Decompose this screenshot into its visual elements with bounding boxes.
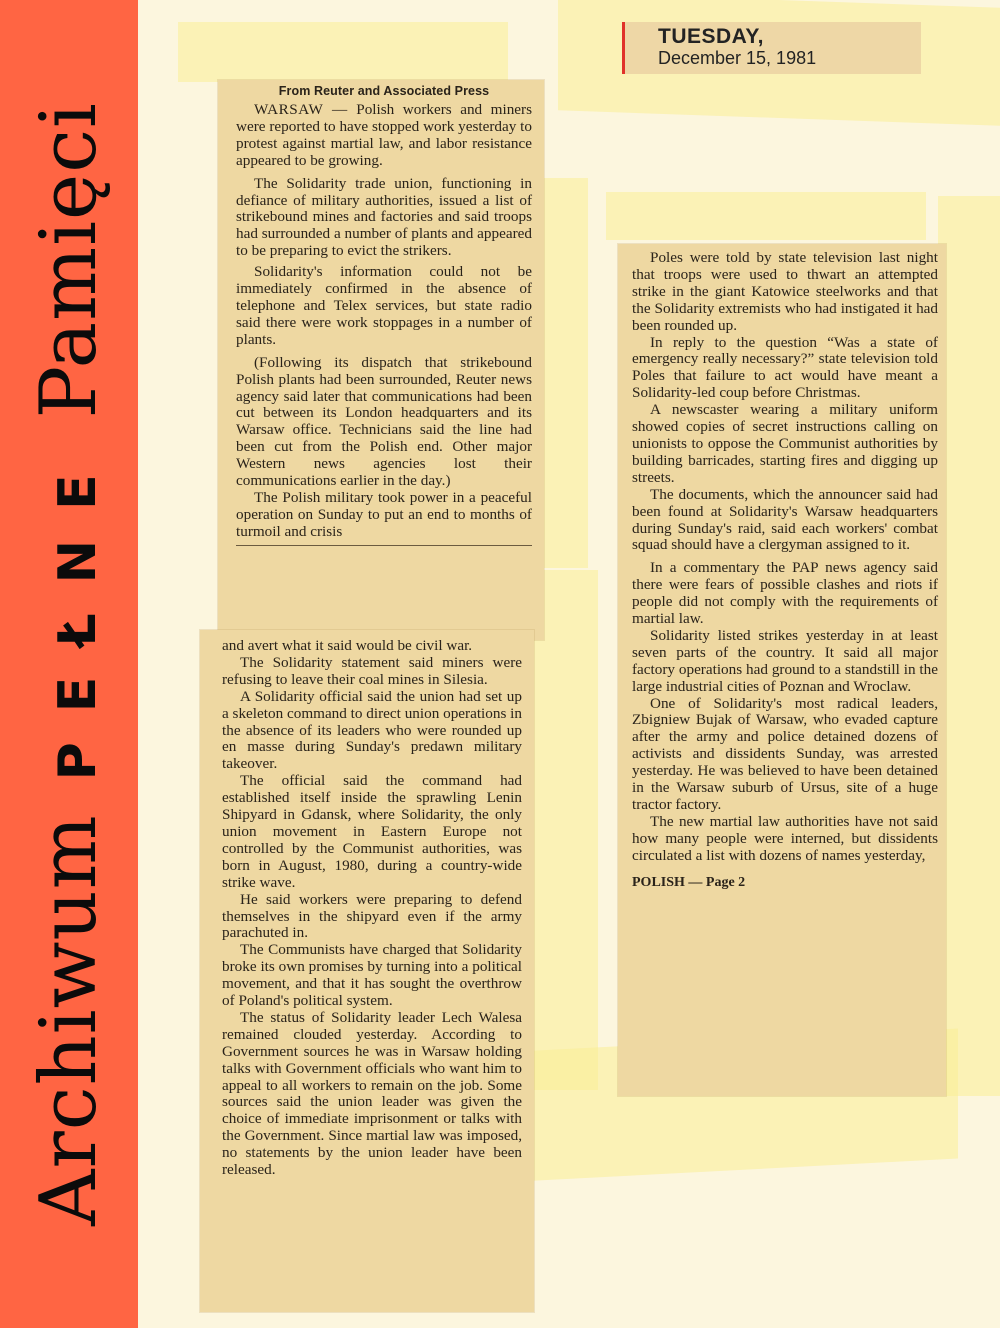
article-paragraph: Poles were told by state television last…	[632, 250, 938, 335]
article-paragraph: and avert what it said would be civil wa…	[222, 638, 522, 655]
tape-strip	[938, 196, 1000, 1096]
article-paragraph: A Solidarity official said the union had…	[222, 689, 522, 774]
brand-word-pelne: PEŁNE	[48, 444, 108, 780]
tape-strip	[178, 22, 508, 82]
article-paragraph: Solidarity's information could not be im…	[236, 264, 532, 349]
brand-sidebar: Archiwum PEŁNE Pamięci	[0, 0, 138, 1328]
article-paragraph: Solidarity listed strikes yesterday in a…	[632, 628, 938, 696]
article-paragraph: The documents, which the announcer said …	[632, 487, 938, 555]
divider	[236, 545, 532, 546]
article-clipping-column1-bottom: and avert what it said would be civil wa…	[200, 630, 534, 1312]
article-paragraph: The Communists have charged that Solidar…	[222, 942, 522, 1010]
article-paragraph: The new martial law authorities have not…	[632, 814, 938, 865]
article-paragraph: One of Solidarity's most radical leaders…	[632, 696, 938, 814]
tape-strip	[606, 192, 926, 240]
article-paragraph: The official said the command had establ…	[222, 773, 522, 891]
brand-word-archiwum: Archiwum	[24, 814, 114, 1225]
article-paragraph: In a commentary the PAP news agency said…	[632, 560, 938, 628]
article-paragraph: (Following its dispatch that strikebound…	[236, 355, 532, 490]
date-full: December 15, 1981	[658, 48, 816, 69]
date-weekday: TUESDAY,	[658, 25, 764, 49]
article-paragraph: In reply to the question “Was a state of…	[632, 335, 938, 403]
brand-logo: Archiwum PEŁNE Pamięci	[24, 102, 114, 1226]
brand-word-pamieci: Pamięci	[24, 102, 114, 418]
article-paragraph: The status of Solidarity leader Lech Wal…	[222, 1010, 522, 1179]
article-paragraph: WARSAW — Polish workers and miners were …	[236, 102, 532, 170]
article-paragraph: A newscaster wearing a military uniform …	[632, 402, 938, 487]
article-clipping-column1-top: From Reuter and Associated Press WARSAW …	[218, 80, 544, 640]
article-paragraph: The Solidarity statement said miners wer…	[222, 655, 522, 689]
article-clipping-column2: Poles were told by state television last…	[618, 244, 946, 1096]
article-paragraph: The Polish military took power in a peac…	[236, 490, 532, 541]
date-clipping: TUESDAY, December 15, 1981	[622, 22, 921, 74]
article-paragraph: The Solidarity trade union, functioning …	[236, 176, 532, 261]
article-dateline: WARSAW —	[254, 101, 348, 118]
article-byline: From Reuter and Associated Press	[236, 84, 532, 98]
article-paragraph: He said workers were preparing to defend…	[222, 892, 522, 943]
continuation-line: POLISH — Page 2	[632, 875, 938, 892]
